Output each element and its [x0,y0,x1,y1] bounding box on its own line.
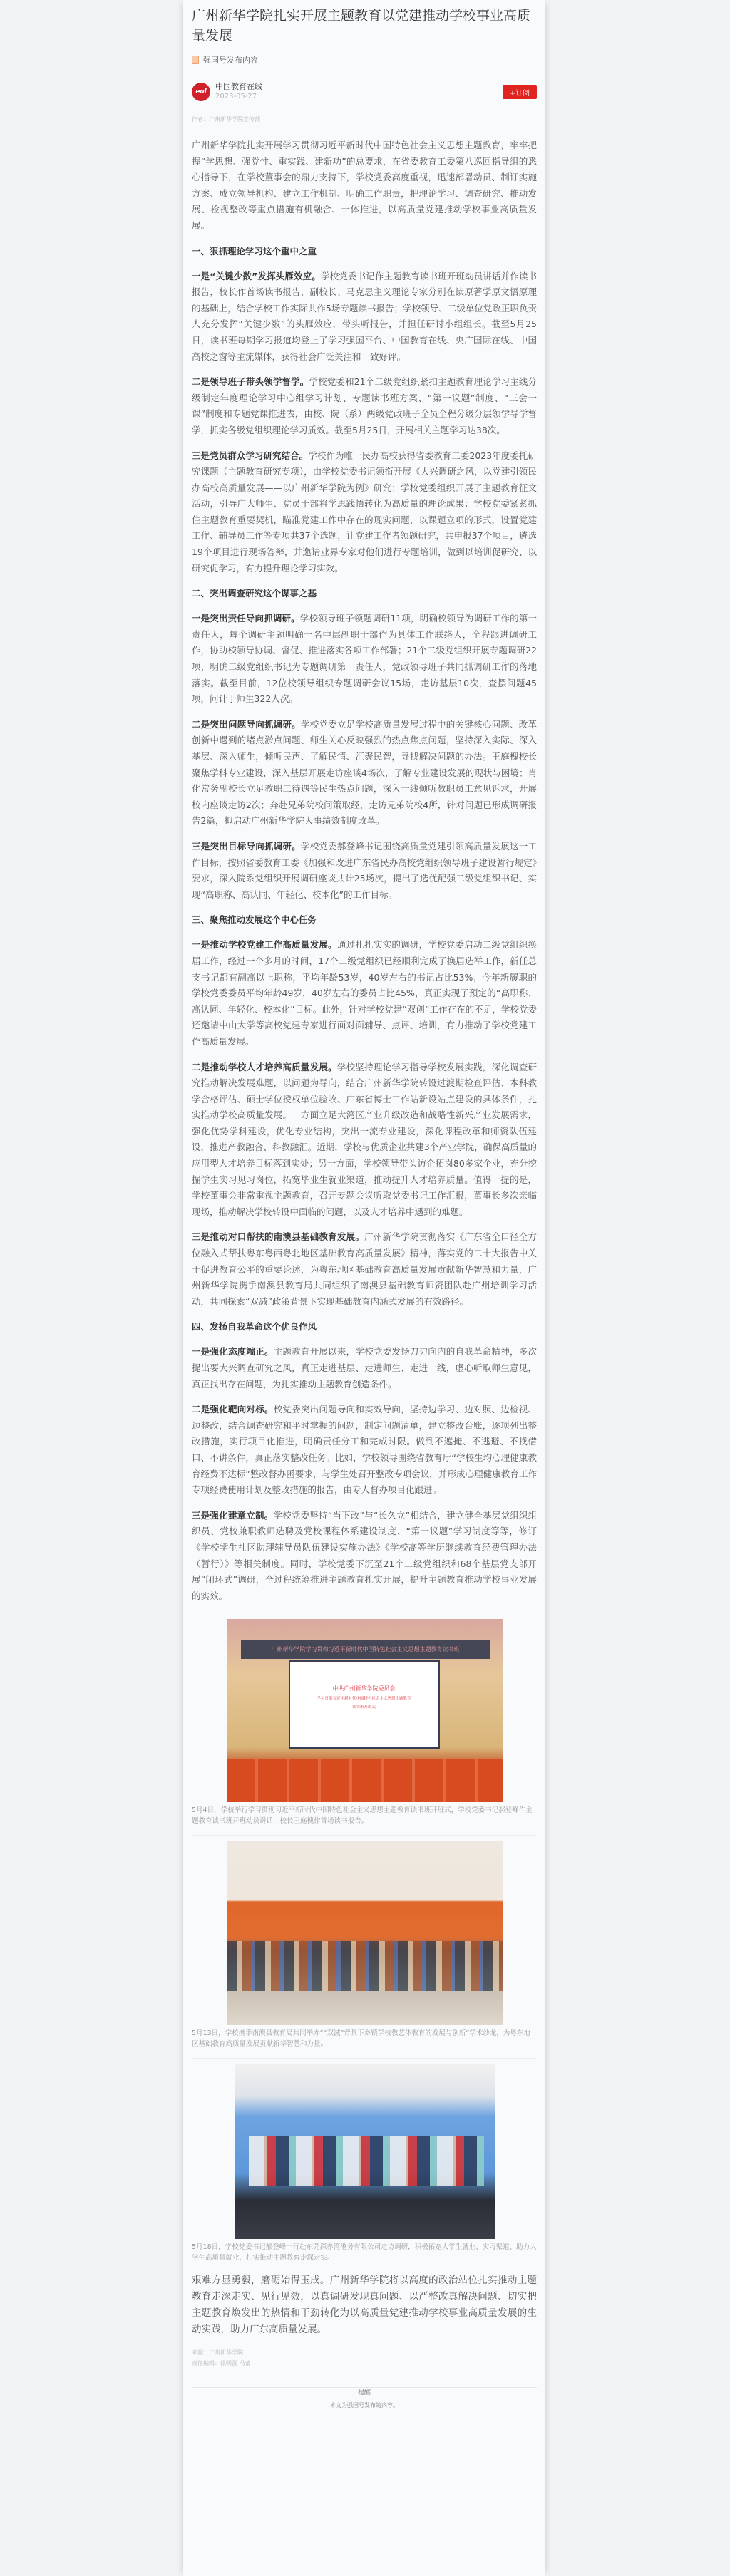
section-heading: 一、狠抓理论学习这个重中之重 [192,244,537,259]
paragraph-text: 广州新华学院贯彻落实《广东省全口径全方位融入式帮扶粤东粤西粤北地区基础教育高质量… [192,1231,537,1306]
notice-text: 本文为强国号发布的内容。 [192,2401,537,2422]
paragraph-text: 学校领导班子领题调研11项，明确校领导为调研工作的第一责任人，每个调研主题明确一… [192,613,537,704]
paragraph-lead: 二是领导班子带头领学督学。 [192,376,309,387]
photo-banner-text: 广州新华学院学习贯彻习近平新时代中国特色社会主义思想主题教育读书班 [241,1640,490,1659]
screen-line: 中共广州新华学院委员会 [290,1685,438,1692]
paragraph-lead: 三是突出目标导向抓调研。 [192,841,301,852]
body-paragraph: 二是突出问题导向抓调研。学校党委立足学校高质量发展过程中的关键核心问题、改革创新… [192,717,537,829]
photo-audience-seats [227,1759,503,1802]
bookmark-icon [192,56,199,64]
screen-line: 读书班开班式 [290,1704,438,1709]
photo-attendees [227,1941,503,1991]
body-paragraph: 一是突出责任导向抓调研。学校领导班子领题调研11项，明确校领导为调研工作的第一责… [192,611,537,708]
body-paragraph: 三是强化建章立制。学校党委坚持“当下改”与“长久立”相结合，建立健全基层党组织组… [192,1508,537,1605]
source-tag: 强国号发布内容 [192,54,537,66]
photo-company-visit[interactable] [235,2064,495,2239]
photo-figure: 5月18日，学校党委书记郝登峰一行赴东莞深赤湾港务有限公司走访调研，积极拓宽大学… [192,2059,537,2272]
notice-label: 提醒 [354,2389,375,2396]
screen-line: 学习贯彻习近平新时代中国特色社会主义思想主题教育 [290,1695,438,1701]
body-paragraph: 三是党员群众学习研究结合。学校作为唯一民办高校获得省委教育工委2023年度委托研… [192,448,537,577]
publisher-logo-icon: eol [195,88,206,95]
article-title: 广州新华学院扎实开展主题教育以党建推动学校事业高质量发展 [192,0,537,46]
paragraph-text: 学校坚持理论学习指导学校发展实践，深化调查研究推动解决发展难题，以问题为导向，结… [192,1062,537,1217]
body-paragraph: 二是推动学校人才培养高质量发展。学校坚持理论学习指导学校发展实践，深化调查研究推… [192,1060,537,1221]
section-heading: 三、聚焦推动发展这个中心任务 [192,912,537,928]
publisher-meta: 中国教育在线 2023-05-27 [215,82,262,102]
paragraph-lead: 三是强化建章立制。 [192,1510,273,1521]
paragraph-text: 学校党委立足学校高质量发展过程中的关键核心问题、改革创新中遇到的堵点淤点问题、师… [192,719,537,827]
publisher-avatar[interactable]: eol [192,83,210,101]
photo-caption: 5月18日，学校党委书记郝登峰一行赴东莞深赤湾港务有限公司走访调研，积极拓宽大学… [192,2242,537,2263]
photo-academic-salon[interactable] [227,1841,503,2025]
intro-paragraph: 广州新华学院扎实开展学习贯彻习近平新时代中国特色社会主义思想主题教育，牢牢把握“… [192,138,537,234]
photo-figure: 5月13日，学校携手南澳县教育局共同举办““双减”背景下乡镇学校教艺体教育的发展… [192,1836,537,2059]
body-paragraph: 一是推动学校党建工作高质量发展。通过扎扎实实的调研，学校党委启动二级党组织换届工… [192,937,537,1050]
paragraph-lead: 三是党员群众学习研究结合。 [192,450,308,461]
paragraph-lead: 三是推动对口帮扶的南澳县基础教育发展。 [192,1231,364,1242]
paragraph-lead: 一是突出责任导向抓调研。 [192,613,300,624]
paragraph-lead: 一是“关键少数”发挥头雁效应。 [192,271,321,281]
body-paragraph: 一是“关键少数”发挥头雁效应。学校党委书记作主题教育读书班开班动员讲话并作读书报… [192,269,537,366]
body-paragraph: 一是强化态度端正。主题教育开展以来，学校党委发扬刀刃向内的自我革命精神，多次提出… [192,1344,537,1392]
publisher-name[interactable]: 中国教育在线 [215,82,262,92]
publisher-row: eol 中国教育在线 2023-05-27 +订阅 [192,81,537,103]
paragraph-text: 通过扎扎实实的调研，学校党委启动二级党组织换届工作，经过一个多月的时间，17个二… [192,939,537,1047]
closing-paragraph: 艰难方显勇毅，磨砺始得玉成。广州新华学院将以高度的政治站位扎实推动主题教育走深走… [192,2272,537,2338]
body-paragraph: 三是突出目标导向抓调研。学校党委郝登峰书记围绕高质量党建引领高质量发展这一工作目… [192,839,537,903]
body-paragraph: 二是领导班子带头领学督学。学校党委和21个二级党组织紧扣主题教育理论学习主线分级… [192,374,537,438]
subscribe-button[interactable]: +订阅 [503,85,537,99]
source-tag-label: 强国号发布内容 [203,54,258,66]
paragraph-lead: 二是强化靶向对标。 [192,1404,274,1414]
paragraph-lead: 一是强化态度端正。 [192,1346,274,1357]
body-paragraph: 三是推动对口帮扶的南澳县基础教育发展。广州新华学院贯彻落实《广东省全口径全方位融… [192,1229,537,1310]
photo-projection-screen: 中共广州新华学院委员会 学习贯彻习近平新时代中国特色社会主义思想主题教育 读书班… [289,1660,440,1749]
paragraph-text: 学校作为唯一民办高校获得省委教育工委2023年度委托研究课题（主题教育研究专项）… [192,450,537,574]
photo-figure: 广州新华学院学习贯彻习近平新时代中国特色社会主义思想主题教育读书班 中共广州新华… [192,1613,537,1836]
article-credits: 来源：广州新华学院 责任编辑：徐明磊 冯蕃 [192,2347,537,2369]
photo-caption: 5月13日，学校携手南澳县教育局共同举办““双减”背景下乡镇学校教艺体教育的发展… [192,2028,537,2049]
article-body: 广州新华学院扎实开展学习贯彻习近平新时代中国特色社会主义思想主题教育，牢牢把握“… [192,138,537,2338]
photo-reading-class-ceremony[interactable]: 广州新华学院学习贯彻习近平新时代中国特色社会主义思想主题教育读书班 中共广州新华… [227,1619,503,1802]
paragraph-text: 学校党委书记作主题教育读书班开班动员讲话并作读书报告，校长作首场读书报告，副校长… [192,271,537,362]
photo-caption: 5月4日，学校举行学习贯彻习近平新时代中国特色社会主义思想主题教育读书班开班式，… [192,1805,537,1826]
body-paragraph: 二是强化靶向对标。校党委突出问题导向和实效导向，坚持边学习、边对照、边检视、边整… [192,1402,537,1499]
section-heading: 二、突出调查研究这个谋事之基 [192,586,537,601]
notice-block: 提醒 本文为强国号发布的内容。 [192,2387,537,2422]
paragraph-lead: 二是突出问题导向抓调研。 [192,719,301,730]
paragraph-text: 学校党委坚持“当下改”与“长久立”相结合，建立健全基层党组织组织员、党校兼职教师… [192,1510,537,1601]
article-page: 广州新华学院扎实开展主题教育以党建推动学校事业高质量发展 强国号发布内容 eol… [183,0,545,2576]
paragraph-lead: 一是推动学校党建工作高质量发展。 [192,939,337,950]
section-heading: 四、发扬自我革命这个优良作风 [192,1319,537,1335]
paragraph-lead: 二是推动学校人才培养高质量发展。 [192,1062,337,1072]
source-credit: 来源：广州新华学院 [192,2347,537,2358]
publish-date: 2023-05-27 [215,92,262,102]
paragraph-text: 校党委突出问题导向和实效导向，坚持边学习、边对照、边检视、边整改，结合调查研究和… [192,1404,537,1495]
photo-group [249,2136,484,2186]
editor-credit: 责任编辑：徐明磊 冯蕃 [192,2358,537,2369]
byline: 作者：广州新华学院宣传部 [192,115,537,123]
